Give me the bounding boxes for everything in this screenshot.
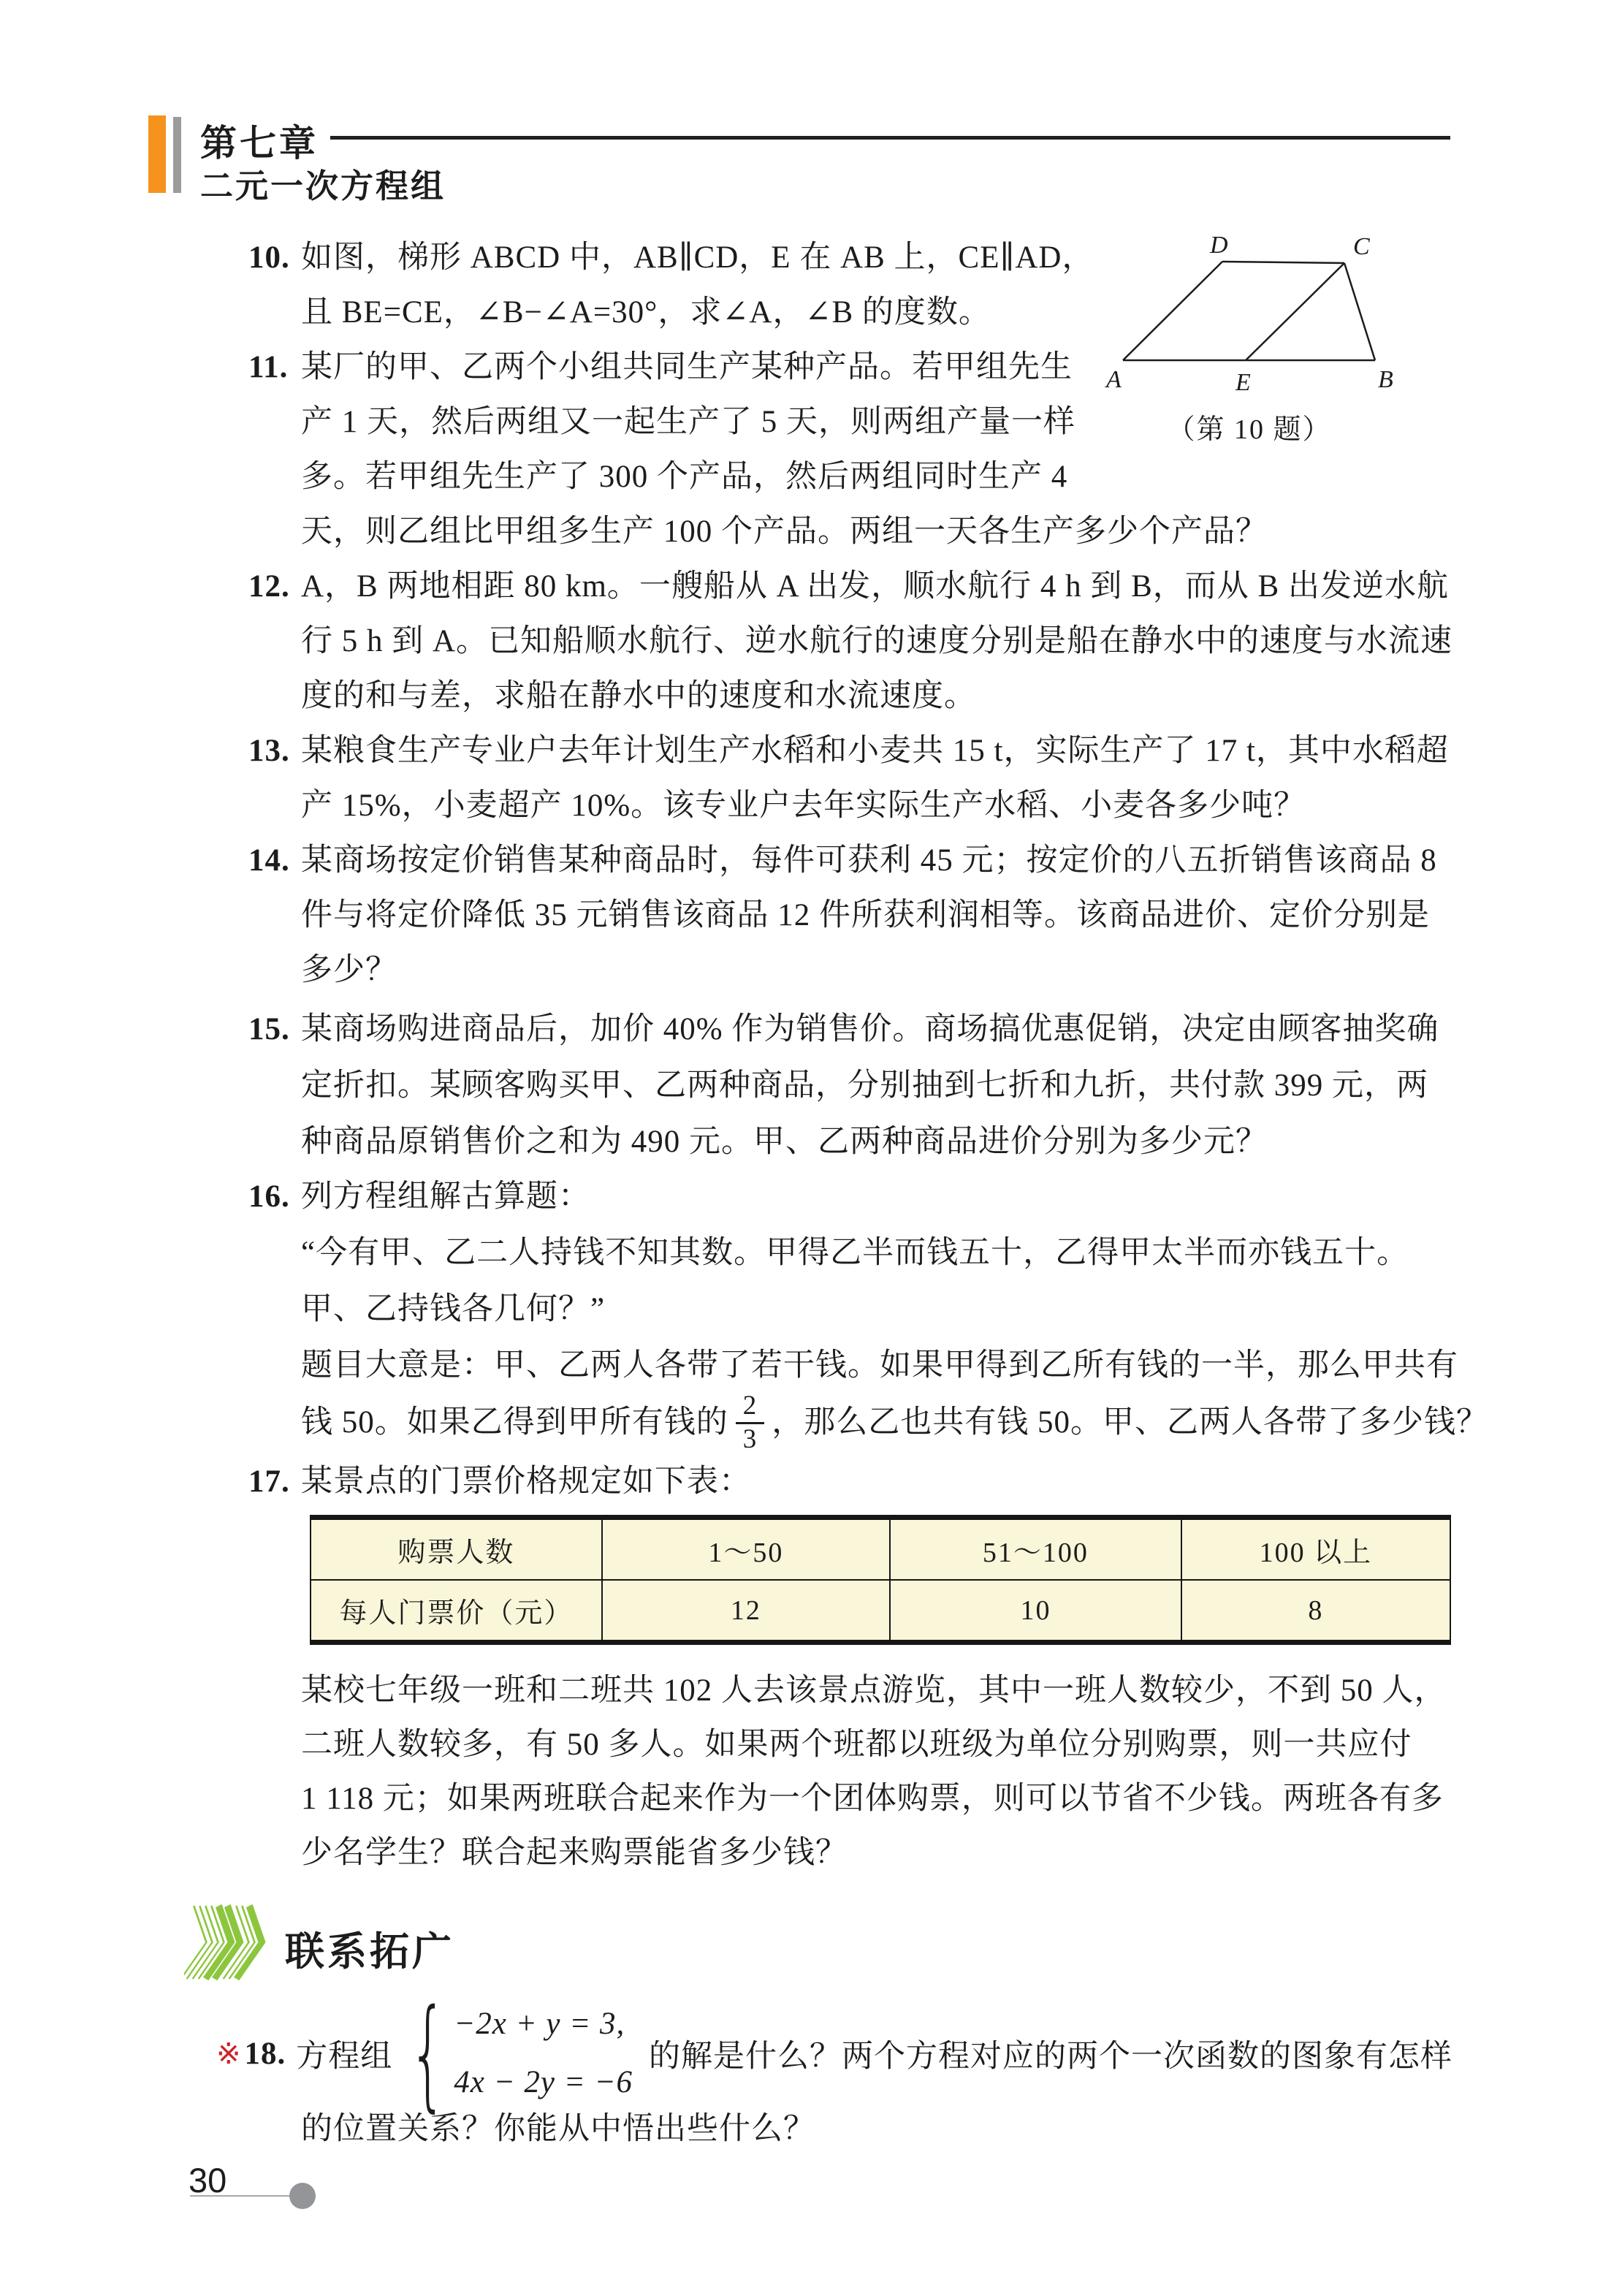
problem-17-text: 某景点的门票价格规定如下表： <box>301 1463 751 1501</box>
equation-2: 4x − 2y = −6 <box>454 2053 633 2112</box>
problem-12-text: A，B 两地相距 80 km。一艘船从 A 出发，顺水航行 4 h 到 B，而从… <box>301 568 1449 606</box>
problem-13-number: 13. <box>248 732 301 770</box>
equation-system: −2x + y = 3, 4x − 2y = −6 <box>454 1995 633 2112</box>
problem-17-number: 17. <box>248 1463 301 1501</box>
problem-16-text-before-fraction: 钱 50。如果乙得到甲所有钱的 <box>301 1404 728 1442</box>
textbook-page: { "header": { "chapter_label": "第七章", "c… <box>0 0 1622 2296</box>
problem-11-number: 11. <box>248 349 301 387</box>
header-rule <box>330 136 1450 140</box>
problem-14-number: 14. <box>248 842 301 880</box>
fraction-numerator: 2 <box>736 1391 765 1422</box>
problem-12-line-2: 行 5 h 到 A。已知船顺水航行、逆水航行的速度分别是船在静水中的速度与水流速 <box>301 623 1452 661</box>
problem-12-number: 12. <box>248 568 301 606</box>
problem-11-text: 某厂的甲、乙两个小组共同生产某种产品。若甲组先生 <box>301 349 1073 387</box>
problem-11-line-4: 天，则乙组比甲组多生产 100 个产品。两组一天各生产多少个产品？ <box>301 513 1268 551</box>
problem-13-line-2: 产 15%，小麦超产 10%。该专业户去年实际生产水稻、小麦各多少吨？ <box>301 787 1306 825</box>
footer-dot <box>289 2183 316 2209</box>
problem-10-number: 10. <box>248 239 301 277</box>
trapezoid-figure: D C A E B <box>1089 228 1410 396</box>
problem-12-line-1: 12. A，B 两地相距 80 km。一艘船从 A 出发，顺水航行 4 h 到 … <box>248 568 1449 606</box>
table-header-cell: 购票人数 <box>311 1520 603 1579</box>
problem-16-line-5: 钱 50。如果乙得到甲所有钱的 2 3 ，那么乙也共有钱 50。甲、乙两人各带了… <box>301 1385 1488 1461</box>
problem-17-line-2: 某校七年级一班和二班共 102 人去该景点游览，其中一班人数较少，不到 50 人… <box>301 1672 1447 1710</box>
problem-14-line-1: 14. 某商场按定价销售某种商品时，每件可获利 45 元；按定价的八五折销售该商… <box>248 842 1437 880</box>
problem-14-text: 某商场按定价销售某种商品时，每件可获利 45 元；按定价的八五折销售该商品 8 <box>301 842 1437 880</box>
table-header-cell: 51～100 <box>891 1520 1182 1579</box>
problem-18-number: 18. <box>245 2036 286 2072</box>
problem-16-line-3: 甲、乙持钱各几何？” <box>301 1290 605 1328</box>
vertex-label-c: C <box>1353 233 1370 260</box>
fraction-denominator: 3 <box>736 1422 765 1456</box>
problem-15-line-1: 15. 某商场购进商品后，加价 40% 作为销售价。商场搞优惠促销，决定由顾客抽… <box>248 1011 1439 1049</box>
chapter-accent-bar-orange <box>148 115 166 193</box>
problem-18-line-2: 的位置关系？你能从中悟出些什么？ <box>301 2110 815 2148</box>
page-number: 30 <box>189 2160 226 2200</box>
problem-18-tail-text: 的解是什么？两个方程对应的两个一次函数的图象有怎样 <box>649 2031 1452 2076</box>
problem-11-line-2: 产 1 天，然后两组又一起生产了 5 天，则两组产量一样 <box>301 403 1075 441</box>
problem-16-number: 16. <box>248 1178 301 1216</box>
problem-16-line-1: 16. 列方程组解古算题： <box>248 1178 590 1216</box>
problem-18-lead-text: 方程组 <box>296 2031 392 2076</box>
table-header-cell: 100 以上 <box>1182 1520 1450 1579</box>
system-brace: { <box>409 1993 448 2114</box>
problem-17-line-1: 17. 某景点的门票价格规定如下表： <box>248 1463 751 1501</box>
problem-15-number: 15. <box>248 1011 301 1049</box>
footer-rule <box>190 2195 300 2197</box>
table-header-cell: 1～50 <box>603 1520 891 1579</box>
problem-15-line-2: 定折扣。某顾客购买甲、乙两种商品，分别抽到七折和九折，共付款 399 元，两 <box>301 1067 1428 1105</box>
table-value-cell: 12 <box>603 1581 891 1640</box>
figure-caption: （第 10 题） <box>1089 406 1410 446</box>
table-value-cell: 8 <box>1182 1581 1450 1640</box>
problem-17-line-5: 少名学生？联合起来购票能省多少钱？ <box>301 1834 848 1872</box>
problem-16-line-4: 题目大意是：甲、乙两人各带了若干钱。如果甲得到乙所有钱的一半，那么甲共有 <box>301 1347 1458 1385</box>
problem-18-line-1: ※ 18. 方程组 { −2x + y = 3, 4x − 2y = −6 的解… <box>216 1992 1452 2115</box>
equation-1: −2x + y = 3, <box>454 1995 633 2053</box>
problem-10-line-1: 10. 如图，梯形 ABCD 中，AB∥CD，E 在 AB 上，CE∥AD， <box>248 239 1094 277</box>
problem-14-line-3: 多少？ <box>301 951 397 989</box>
problem-17-line-3: 二班人数较多，有 50 多人。如果两个班都以班级为单位分别购票，则一共应付 <box>301 1726 1412 1764</box>
fraction-two-thirds: 2 3 <box>736 1391 765 1455</box>
table-value-row: 每人门票价（元） 12 10 8 <box>311 1581 1450 1640</box>
vertex-label-a: A <box>1105 366 1122 393</box>
chevrons-icon <box>184 1903 275 1982</box>
chapter-accent-bar-gray <box>173 117 181 193</box>
problem-11-line-1: 11. 某厂的甲、乙两个小组共同生产某种产品。若甲组先生 <box>248 349 1073 387</box>
vertex-label-e: E <box>1235 369 1251 396</box>
table-row-label: 每人门票价（元） <box>311 1581 603 1640</box>
problem-12-line-3: 度的和与差，求船在静水中的速度和水流速度。 <box>301 677 976 715</box>
problem-16-text-after-fraction: ，那么乙也共有钱 50。甲、乙两人各带了多少钱？ <box>772 1404 1488 1442</box>
problem-10-line-2: 且 BE=CE，∠B−∠A=30°，求∠A，∠B 的度数。 <box>301 294 991 332</box>
ticket-price-table: 购票人数 1～50 51～100 100 以上 每人门票价（元） 12 10 8 <box>310 1515 1451 1645</box>
problem-17-line-4: 1 118 元；如果两班联合起来作为一个团体购票，则可以节省不少钱。两班各有多 <box>301 1780 1444 1818</box>
chapter-title: 二元一次方程组 <box>200 159 446 207</box>
star-mark: ※ <box>216 2037 242 2071</box>
vertex-label-d: D <box>1209 232 1228 259</box>
table-header-row: 购票人数 1～50 51～100 100 以上 <box>311 1520 1450 1581</box>
table-value-cell: 10 <box>891 1581 1182 1640</box>
section-title: 联系拓广 <box>285 1920 454 1977</box>
problem-16-text: 列方程组解古算题： <box>301 1178 590 1216</box>
problem-16-line-2: “今有甲、乙二人持钱不知其数。甲得乙半而钱五十，乙得甲太半而亦钱五十。 <box>301 1234 1409 1272</box>
problem-11-line-3: 多。若甲组先生产了 300 个产品，然后两组同时生产 4 <box>301 458 1067 496</box>
problem-15-text: 某商场购进商品后，加价 40% 作为销售价。商场搞优惠促销，决定由顾客抽奖确 <box>301 1011 1439 1049</box>
problem-10-text: 如图，梯形 ABCD 中，AB∥CD，E 在 AB 上，CE∥AD， <box>301 239 1094 277</box>
vertex-label-b: B <box>1378 366 1393 393</box>
problem-13-line-1: 13. 某粮食生产专业户去年计划生产水稻和小麦共 15 t，实际生产了 17 t… <box>248 732 1449 770</box>
problem-15-line-3: 种商品原销售价之和为 490 元。甲、乙两种商品进价分别为多少元？ <box>301 1123 1268 1161</box>
problem-13-text: 某粮食生产专业户去年计划生产水稻和小麦共 15 t，实际生产了 17 t，其中水… <box>301 732 1449 770</box>
problem-14-line-2: 件与将定价降低 35 元销售该商品 12 件所获利润相等。该商品进价、定价分别是 <box>301 897 1430 935</box>
